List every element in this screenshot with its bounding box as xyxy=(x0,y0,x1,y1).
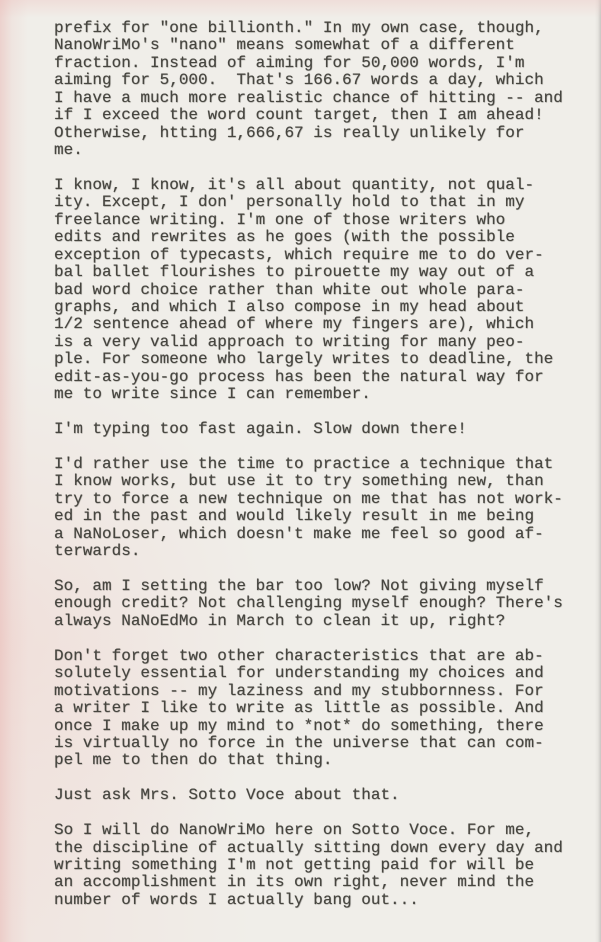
text-line: the discipline of actually sitting down … xyxy=(54,840,585,857)
paragraph: I'd rather use the time to practice a te… xyxy=(54,456,585,561)
typewritten-page: prefix for "one billionth." In my own ca… xyxy=(0,0,601,942)
typewritten-text: prefix for "one billionth." In my own ca… xyxy=(0,0,601,942)
text-line: I know works, but use it to try somethin… xyxy=(54,473,585,490)
paragraph: prefix for "one billionth." In my own ca… xyxy=(54,20,585,160)
text-line: exception of typecasts, which require me… xyxy=(54,247,585,264)
text-line: Otherwise, htting 1,666,67 is really unl… xyxy=(54,125,585,142)
text-line: writing something I'm not getting paid f… xyxy=(54,857,585,874)
text-line: me to write since I can remember. xyxy=(54,386,585,403)
text-line: graphs, and which I also compose in my h… xyxy=(54,299,585,316)
text-line: ity. Except, I don' personally hold to t… xyxy=(54,194,585,211)
text-line: freelance writing. I'm one of those writ… xyxy=(54,212,585,229)
text-line: is virtually no force in the universe th… xyxy=(54,735,585,752)
text-line: prefix for "one billionth." In my own ca… xyxy=(54,20,585,37)
text-line: fraction. Instead of aiming for 50,000 w… xyxy=(54,55,585,72)
text-line: bal ballet flourishes to pirouette my wa… xyxy=(54,264,585,281)
paragraph: So, am I setting the bar too low? Not gi… xyxy=(54,578,585,630)
paragraph: I know, I know, it's all about quantity,… xyxy=(54,177,585,404)
text-line: pel me to then do that thing. xyxy=(54,752,585,769)
text-line: an accomplishment in its own right, neve… xyxy=(54,874,585,891)
text-line: So I will do NanoWriMo here on Sotto Voc… xyxy=(54,822,585,839)
text-line: I'm typing too fast again. Slow down the… xyxy=(54,421,585,438)
text-line: So, am I setting the bar too low? Not gi… xyxy=(54,578,585,595)
text-line: 1/2 sentence ahead of where my fingers a… xyxy=(54,316,585,333)
text-line: if I exceed the word count target, then … xyxy=(54,107,585,124)
text-line: try to force a new technique on me that … xyxy=(54,491,585,508)
text-line: a writer I like to write as little as po… xyxy=(54,700,585,717)
paragraph: Don't forget two other characteristics t… xyxy=(54,648,585,770)
text-line: number of words I actually bang out... xyxy=(54,892,585,909)
text-line: Just ask Mrs. Sotto Voce about that. xyxy=(54,787,585,804)
text-line: edits and rewrites as he goes (with the … xyxy=(54,229,585,246)
text-line: motivations -- my laziness and my stubbo… xyxy=(54,683,585,700)
paragraph: I'm typing too fast again. Slow down the… xyxy=(54,421,585,438)
text-line: once I make up my mind to *not* do somet… xyxy=(54,718,585,735)
paragraph: So I will do NanoWriMo here on Sotto Voc… xyxy=(54,822,585,909)
text-line: me. xyxy=(54,142,585,159)
text-line: I have a much more realistic chance of h… xyxy=(54,90,585,107)
text-line: ed in the past and would likely result i… xyxy=(54,508,585,525)
text-line: NanoWriMo's "nano" means somewhat of a d… xyxy=(54,37,585,54)
text-line: ple. For someone who largely writes to d… xyxy=(54,351,585,368)
text-line: aiming for 5,000. That's 166.67 words a … xyxy=(54,72,585,89)
text-line: Don't forget two other characteristics t… xyxy=(54,648,585,665)
paragraph: Just ask Mrs. Sotto Voce about that. xyxy=(54,787,585,804)
text-line: terwards. xyxy=(54,543,585,560)
text-line: I know, I know, it's all about quantity,… xyxy=(54,177,585,194)
text-line: always NaNoEdMo in March to clean it up,… xyxy=(54,613,585,630)
text-line: edit-as-you-go process has been the natu… xyxy=(54,369,585,386)
text-line: a NaNoLoser, which doesn't make me feel … xyxy=(54,526,585,543)
text-line: bad word choice rather than white out wh… xyxy=(54,282,585,299)
text-line: I'd rather use the time to practice a te… xyxy=(54,456,585,473)
text-line: is a very valid approach to writing for … xyxy=(54,334,585,351)
text-line: solutely essential for understanding my … xyxy=(54,665,585,682)
text-line: enough credit? Not challenging myself en… xyxy=(54,595,585,612)
